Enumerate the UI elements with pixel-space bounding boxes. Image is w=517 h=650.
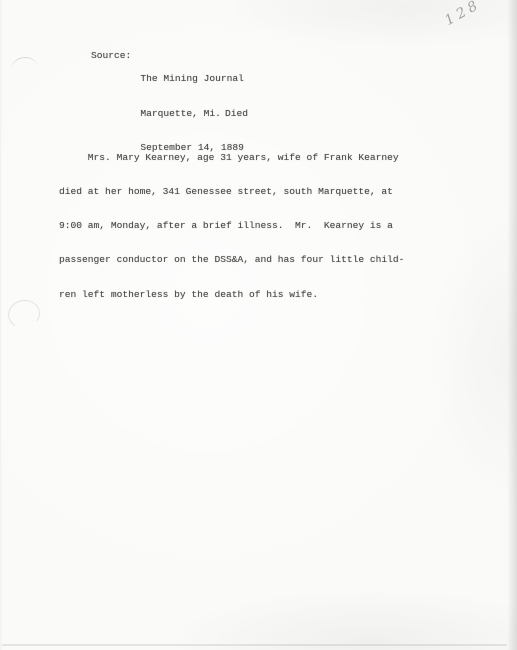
body-line: died at her home, 341 Genessee street, s… (59, 186, 404, 197)
body-line: passenger conductor on the DSS&A, and ha… (59, 254, 404, 265)
source-publication: The Mining Journal (140, 73, 244, 85)
body-line: Mrs. Mary Kearney, age 31 years, wife of… (59, 152, 404, 163)
body-line: 9:00 am, Monday, after a brief illness. … (59, 220, 404, 231)
scan-artifact-arc (11, 56, 39, 70)
scan-artifact-circle (5, 297, 42, 331)
obituary-heading: Died (225, 108, 248, 119)
handwritten-page-number: 128 (442, 0, 484, 29)
scan-edge-left (0, 0, 2, 650)
obituary-body: Mrs. Mary Kearney, age 31 years, wife of… (59, 129, 404, 323)
body-line: ren left motherless by the death of his … (59, 289, 404, 300)
scan-edge-right (508, 0, 517, 650)
scanned-document-page: 128 Source: The Mining Journal Marquette… (0, 0, 517, 650)
scan-edge-bottom (2, 644, 507, 646)
